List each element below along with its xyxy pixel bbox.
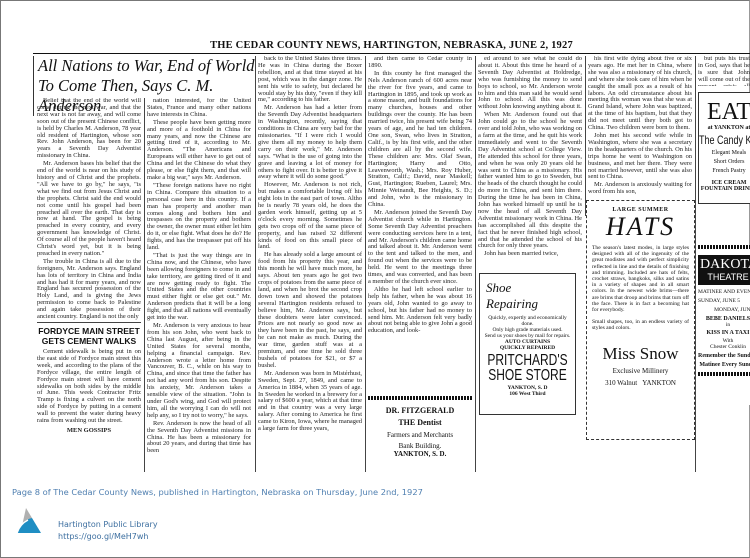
fordyce-headline: FORDYCE MAIN STREET GETS CEMENT WALKS [37,326,141,346]
theatre-film: KISS IN A TAXI [698,330,750,336]
dentist-line-2: Bank Building. [368,442,472,450]
column-rule [695,56,696,472]
article-column-3: back to the United States three times. H… [258,56,362,472]
paragraph: Altho he had left school earlier to help… [368,287,472,335]
paragraph: his first wife dying about five or six y… [588,56,692,132]
column-rule [255,56,256,472]
library-logo-icon [14,506,44,534]
theatre-logo: DAKOTA THEATRE [698,255,750,285]
paragraph: Rev. Anderson is now the head of all the… [147,421,251,456]
column-rule [144,98,145,472]
dentist-ad: DR. FITZGERALD THE Dentist Farmers and M… [368,396,472,464]
theatre-star: BEBE DANIELS [698,316,750,322]
article-column-1: Belief that the end of the world will co… [37,98,141,322]
shoe-address: 106 West Third [480,391,575,397]
library-name-link[interactable]: Hartington Public Library [58,520,158,529]
paragraph: John has been married twice, [478,251,582,258]
eat-heading: EAT [699,99,750,125]
article-column-7: but puts his trust in God, says that he … [698,56,750,86]
dakota-theatre-ad: DAKOTA THEATRE MATINEE AND EVENING SUNDA… [698,245,750,405]
paragraph: The trouble in China is all due to the f… [37,259,141,321]
paragraph: Cement sidewalk is being put in on the e… [37,349,141,425]
article-column-4: and then came to Cedar county in 1890. I… [368,56,472,356]
paragraph: Mr. Anderson is anxiously waiting for wo… [588,182,692,196]
masthead-rule [33,53,750,54]
candy-item-5: FOUNTAIN DRINKS [699,186,750,192]
paragraph: John met his second wife while in Washin… [588,133,692,181]
candy-item-3: French Pastry [699,168,750,174]
theatre-line-2: SUNDAY, JUNE 5 [698,298,750,304]
paragraph: Belief that the end of the world will co… [37,98,141,160]
men-gossips-heading: MEN GOSSIPS [37,428,141,435]
hats-body-2: Small shapes, too, in an endless variety… [592,319,689,331]
paragraph: but puts his trust in God, says that he … [698,56,750,86]
column-rule [365,56,366,472]
theatre-costar: Chester Conklin [698,344,750,350]
decorative-border [698,372,750,376]
library-url-link[interactable]: https://goo.gl/MeH7wh [58,532,148,541]
article-column-5: ed around to see what he could do about … [478,56,582,276]
article-column-2: nation interested, for the United States… [147,98,251,472]
store-name-2: SHOE STORE [480,367,575,384]
hats-body: The season's latest modes, in large styl… [592,245,689,313]
headline-line-1: All Nations to War, End of World [38,56,266,76]
hats-ad: LARGE SUMMER HATS The season's latest mo… [586,200,695,440]
paragraph: However, Mr. Anderson is not rich, but m… [258,182,362,251]
paragraph: Mr. Anderson bases his belief that the e… [37,161,141,258]
fordyce-headline-line-1: FORDYCE MAIN STREET [37,326,141,336]
paragraph: Mr. Anderson was born in Mistérhust, Swe… [258,371,362,433]
paragraph: He has already sold a large amount of fo… [258,252,362,369]
dentist-line-1: Farmers and Merchants [368,431,472,439]
theatre-remember: Remember the Sunday [698,353,750,359]
theatre-logo-line-1: DAKOTA [700,258,750,272]
newspaper-page: THE CEDAR COUNTY NEWS, HARTINGTON, NEBRA… [33,0,750,472]
dentist-name: DR. FITZGERALD [368,406,472,415]
masthead: THE CEDAR COUNTY NEWS, HARTINGTON, NEBRA… [33,40,750,51]
paragraph: In this county he first managed the Nels… [368,71,472,209]
candy-name: The Candy Kitchen [699,134,750,147]
dentist-title: THE Dentist [368,418,472,427]
shop-desc: Exclusive Millinery [587,367,694,375]
paragraph: "These foreign nations have no right in … [147,183,251,252]
shoe-title-2: Repairing [480,296,575,312]
paragraph: "That is just the way things are in Chin… [147,253,251,322]
candy-at: at YANKTON at [699,125,750,131]
candy-item-1: Elegant Meals [699,150,750,156]
shoe-repair-ad: Shoe Repairing Quickly, expertly and eco… [479,273,576,415]
column-rule [585,56,586,216]
paragraph: Mr. Anderson is very anxious to hear fro… [147,323,251,420]
theatre-in: in [698,322,750,328]
theatre-matinee: Matinee Every Sunday [698,362,750,368]
theatre-line-3: MONDAY, JUNE 6 [698,307,750,313]
paragraph: Mr. Anderson joined the Seventh Day Adve… [368,210,472,286]
candy-item-2: Short Orders [699,159,750,165]
shop-address: 310 Walnut YANKTON [587,379,694,387]
paragraph: These people have been getting more and … [147,120,251,182]
theatre-logo-line-2: THEATRE [700,272,750,282]
candy-kitchen-ad: EAT at YANKTON at The Candy Kitchen Eleg… [698,92,750,204]
theatre-line-1: MATINEE AND EVENING [698,289,750,295]
shop-name: Miss Snow [587,344,694,364]
paragraph: and then came to Cedar county in 1890. [368,56,472,70]
dentist-city: YANKTON, S. D. [368,450,472,458]
fordyce-story: FORDYCE MAIN STREET GETS CEMENT WALKS Ce… [37,322,141,473]
paragraph: Mr. Anderson has had a letter from the S… [258,105,362,181]
hats-title: HATS [587,213,694,241]
paragraph: nation interested, for the United States… [147,98,251,119]
page-caption: Page 8 of The Cedar County News, publish… [12,487,423,497]
decorative-border [368,396,472,400]
shoe-text-1: Quickly, expertly and economically done. [484,315,571,327]
column-rule [475,56,476,472]
paragraph: back to the United States three times. H… [258,56,362,104]
fordyce-headline-line-2: GETS CEMENT WALKS [37,336,141,346]
decorative-border [698,245,750,249]
article-column-6: his first wife dying about five or six y… [588,56,692,216]
shoe-title-1: Shoe [480,280,575,296]
paragraph: ed around to see what he could do about … [478,56,582,111]
paragraph: When Mr. Anderson found out that John co… [478,112,582,250]
